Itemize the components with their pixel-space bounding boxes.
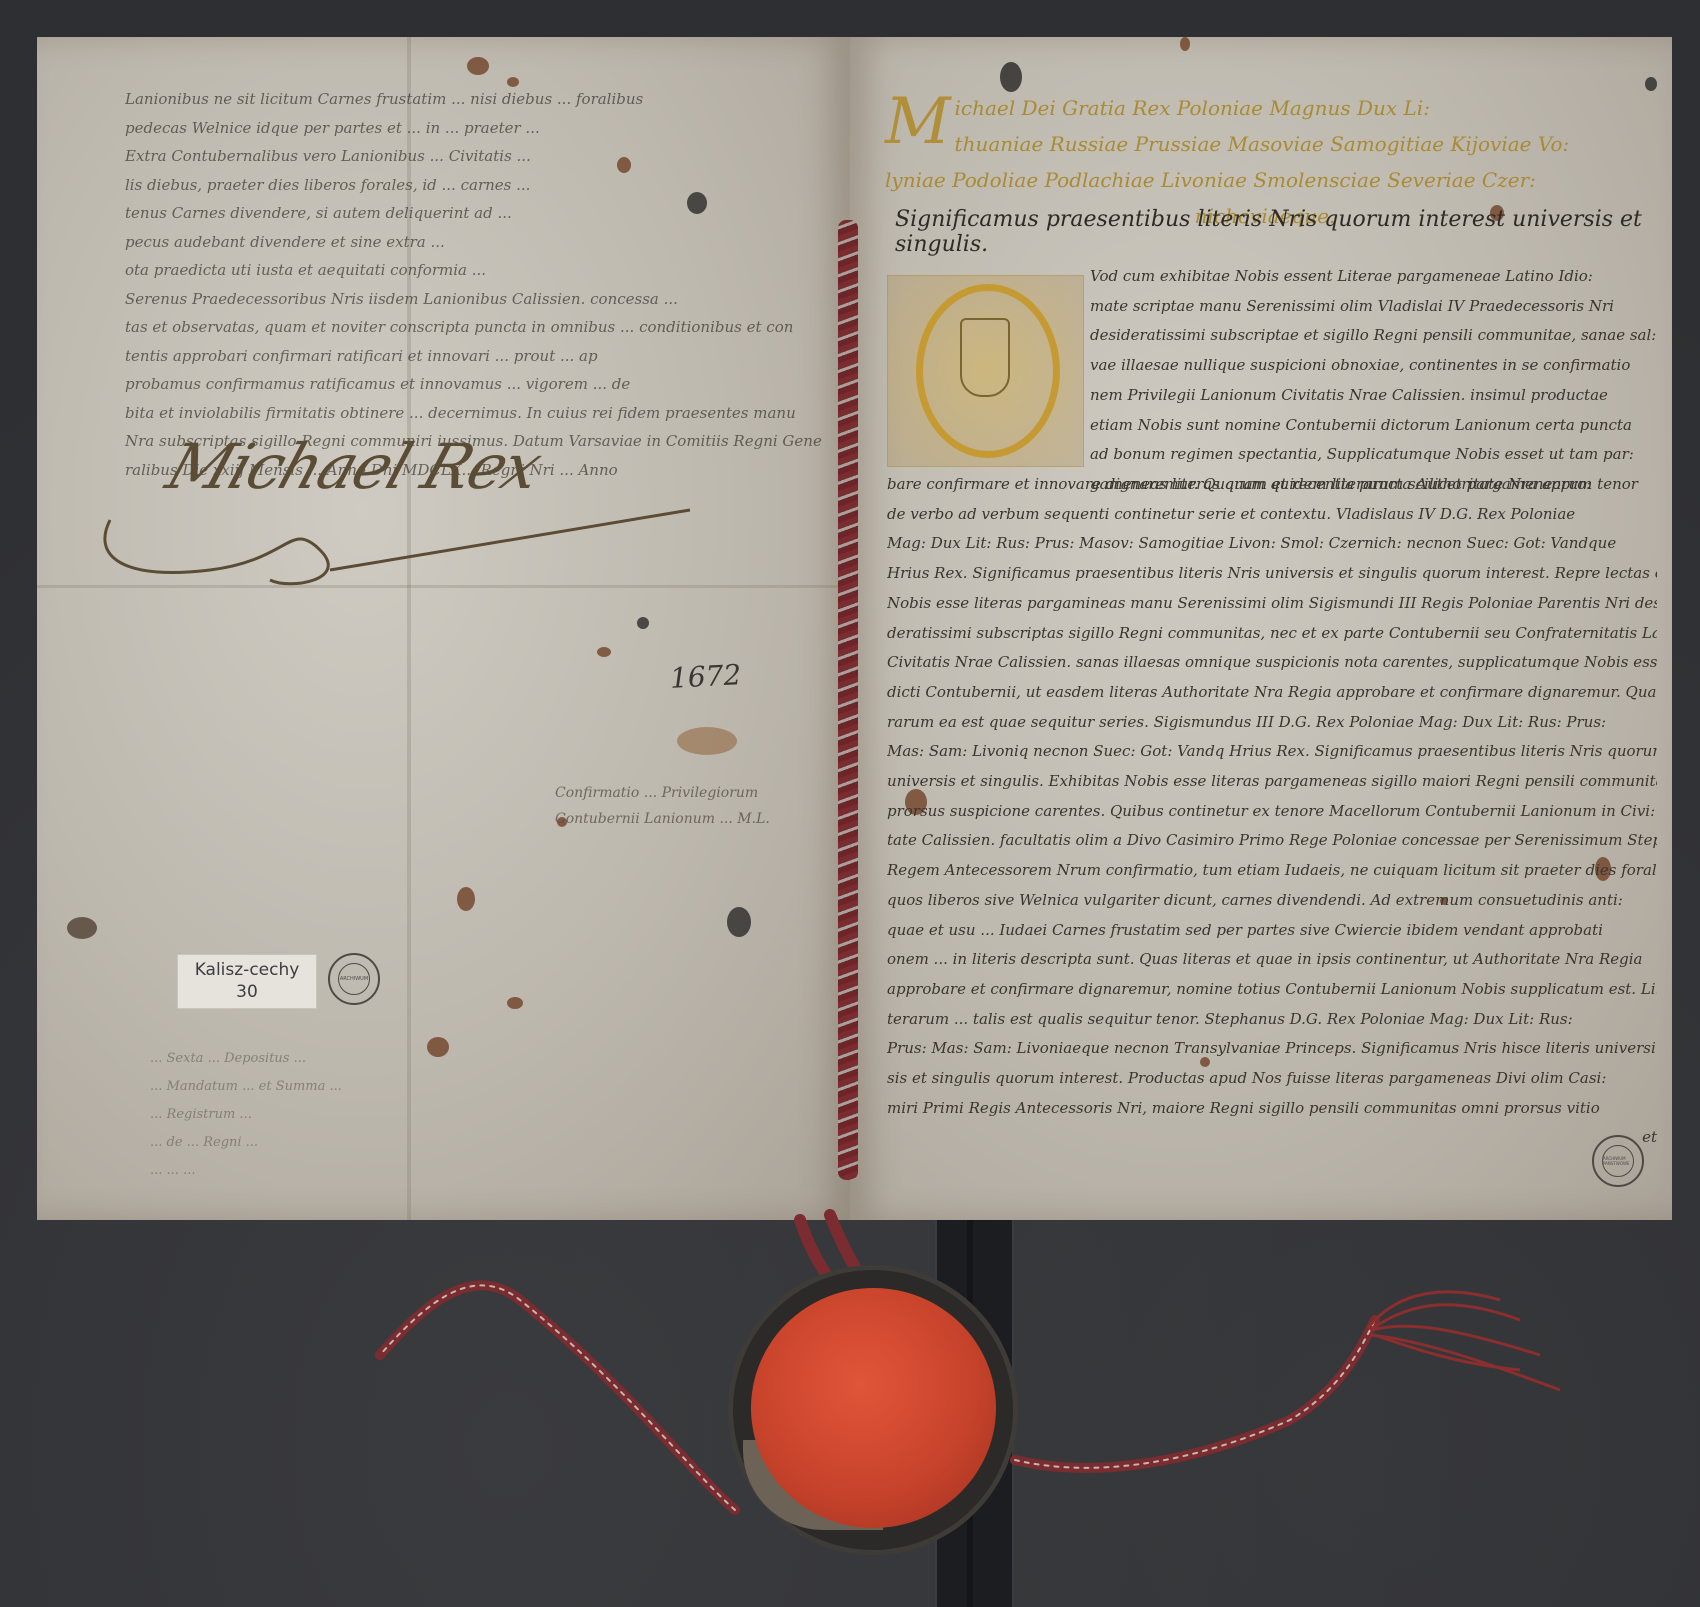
tassel-icon (1368, 1292, 1560, 1390)
wax-seal-skippet (728, 1265, 1018, 1555)
red-wax-seal (751, 1288, 996, 1528)
